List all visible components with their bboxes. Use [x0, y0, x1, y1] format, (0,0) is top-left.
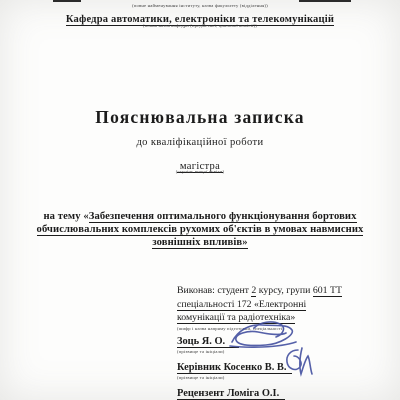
- supervisor-name: Керівник Косенко В. В.: [177, 362, 292, 374]
- institute-caption: (повне найменування інституту, назва фак…: [0, 3, 400, 8]
- executor-prefix: Виконав: студент: [177, 285, 251, 296]
- theme-prefix: на тему «: [43, 211, 88, 222]
- executor-line-1: Виконав: студент 2 курсу, групи 601 ТТ: [177, 284, 387, 298]
- student-name-caption: (прізвище та ініціали): [177, 349, 387, 354]
- signature-block: Зоць Я. О. (прізвище та ініціали) Керівн…: [177, 331, 387, 400]
- signature-row: Рецензент Ломіга О.І. (прізвище та ініці…: [177, 383, 387, 400]
- executor-mid: курсу, групи: [256, 285, 313, 296]
- theme-line-1: на тему «Забезпечення оптимального функц…: [0, 210, 400, 223]
- executor-block: Виконав: студент 2 курсу, групи 601 ТТ с…: [177, 284, 387, 331]
- cutoff-line-right: [299, 0, 351, 2]
- specialty-text-1: спеціальності 172 «Електронні: [177, 299, 306, 311]
- signature-row: Зоць Я. О. (прізвище та ініціали): [177, 331, 387, 354]
- theme-text-3: зовнішніх впливів»: [152, 237, 247, 249]
- supervisor-name-caption: (прізвище та ініціали): [177, 375, 387, 380]
- specialty-text-2: комунікації та радіотехніка»: [177, 312, 295, 324]
- document-title: Пояснювальна записка: [0, 107, 400, 128]
- student-name: Зоць Я. О.: [177, 336, 239, 348]
- theme-line-2: обчислювальних комплексів рухомих об'єкт…: [0, 223, 400, 236]
- specialty-line-1: спеціальності 172 «Електронні: [177, 298, 387, 312]
- theme-text-2: обчислювальних комплексів рухомих об'єкт…: [37, 224, 364, 236]
- document-subtitle: до кваліфікаційної роботи: [0, 137, 400, 148]
- cutoff-line-left: [53, 0, 81, 2]
- theme-text-1: Забезпечення оптимального функціонування…: [89, 211, 357, 223]
- signature-row: Керівник Косенко В. В. (прізвище та ініц…: [177, 357, 387, 380]
- title-page: (повне найменування інституту, назва фак…: [0, 0, 400, 400]
- group-value: 601 ТТ: [313, 285, 342, 297]
- specialty-line-2: комунікації та радіотехніка»: [177, 311, 387, 325]
- theme-line-3: зовнішніх впливів»: [0, 236, 400, 249]
- degree-caption: (ступінь вищої освіти): [0, 169, 400, 174]
- department-caption: (повна назва кафедри (предметної, циклов…: [0, 23, 400, 28]
- reviewer-name: Рецензент Ломіга О.І.: [177, 388, 285, 400]
- specialty-caption: (шифр і назва напряму підготовки, спеціа…: [177, 326, 387, 331]
